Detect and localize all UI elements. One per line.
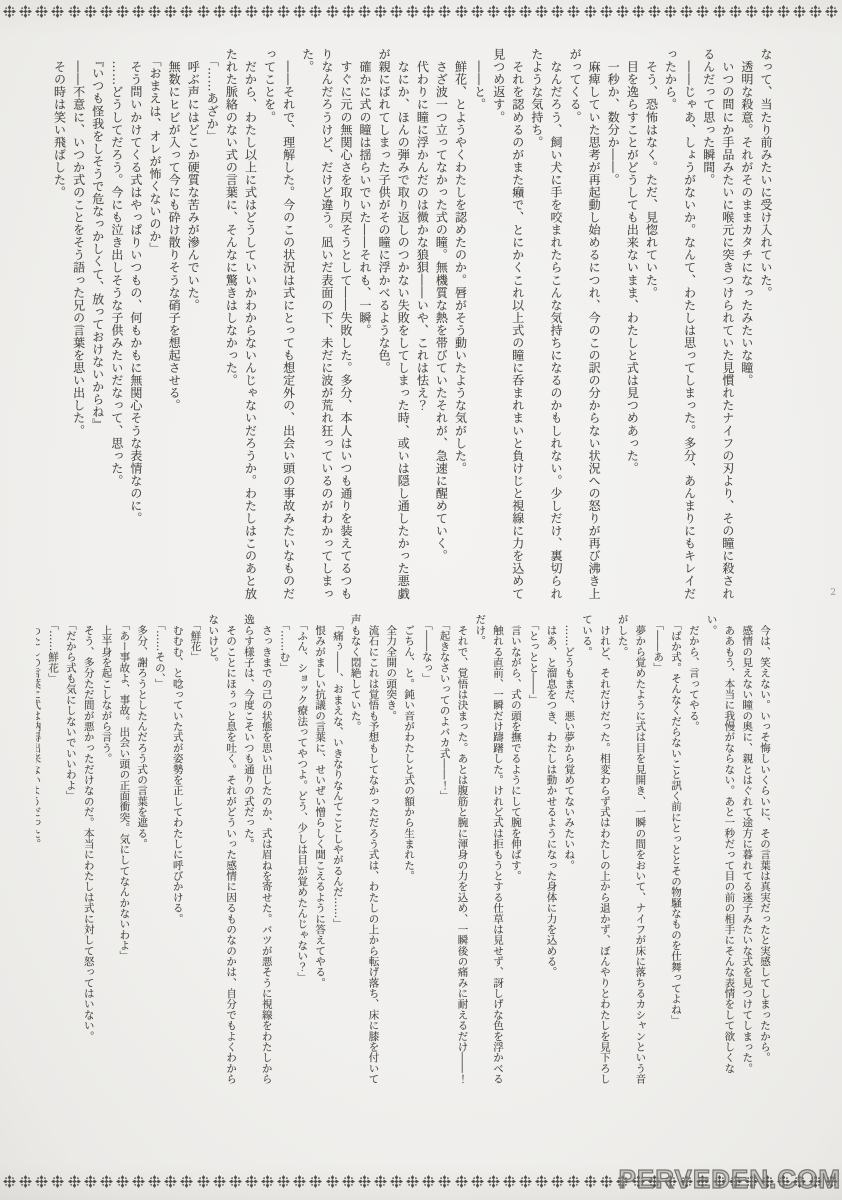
- paragraph-line: 全力全開の頭突き。: [381, 614, 399, 1084]
- paragraph-line: 「おまえは、オレが怖くないのか」: [145, 48, 164, 600]
- paragraph-line: 「……あざか」: [202, 48, 221, 600]
- diamond-cross-ornament-icon: [406, 1175, 419, 1188]
- diamond-cross-ornament-icon: [680, 5, 693, 18]
- paragraph-line: 目を逸らすことがどうしても出来ないまま、わたしと式は見つめあった。: [622, 48, 641, 600]
- diamond-cross-ornament-icon: [503, 5, 516, 18]
- diamond-cross-ornament-icon: [777, 5, 790, 18]
- paragraph-line: 「起きなさいってのよバカ式――！」: [435, 614, 453, 1084]
- paragraph-line: 触れる直前、一瞬だけ躊躇した。けれど式は拒もうとする仕草は見せず、訝しげな色を浮…: [470, 614, 506, 1084]
- paragraph-line: 「だから式も気にしないでいいわよ」: [61, 614, 79, 1084]
- paragraph-line: 無数にヒビが入って今にも砕け散りそうな硝子を想起させる。: [164, 48, 183, 600]
- page-number: 2: [830, 588, 836, 598]
- diamond-cross-ornament-icon: [487, 1175, 500, 1188]
- diamond-cross-ornament-icon: [729, 5, 742, 18]
- diamond-cross-ornament-icon: [632, 5, 645, 18]
- paragraph-line: なんだろう、飼い犬に手を咬まれたらこんな気持ちになるのかもしれない。少しだけ、裏…: [527, 48, 565, 600]
- paragraph-line: 今は、笑えない。いっそ悔しいくらいに、その言葉は真実だったと実感してしまったから…: [755, 614, 773, 1084]
- diamond-cross-ornament-icon: [567, 1175, 580, 1188]
- paragraph-line: なって、当たり前みたいに受け入れていた。: [756, 48, 775, 600]
- diamond-cross-ornament-icon: [197, 1175, 210, 1188]
- diamond-cross-ornament-icon: [358, 1175, 371, 1188]
- diamond-cross-ornament-icon: [326, 5, 339, 18]
- paragraph-line: ああもう、本当に我慢がならない。あと一秒だって目の前の相手にそんな表情をして欲し…: [702, 614, 738, 1084]
- paragraph-line: そう、多分ただ間が悪かっただけなのだ。本当にわたしは式に対して怒ってはいない。: [79, 614, 97, 1084]
- diamond-cross-ornament-icon: [3, 1175, 16, 1188]
- diamond-cross-ornament-icon: [116, 1175, 129, 1188]
- diamond-cross-ornament-icon: [148, 5, 161, 18]
- diamond-cross-ornament-icon: [503, 1175, 516, 1188]
- diamond-cross-ornament-icon: [164, 1175, 177, 1188]
- diamond-cross-ornament-icon: [245, 5, 258, 18]
- paragraph-line: 「――あ」: [648, 614, 666, 1084]
- paragraph-line: なにか、ほんの弾みで取り返しのつかない失敗をしてしまった時、或いは隠し通したかっ…: [374, 48, 412, 600]
- paragraph-line: いつの間にか手品みたいに喉元に突きつけられていた見慣れたナイフの刃より、その瞳に…: [699, 48, 737, 600]
- paragraph-line: だから、わたし以上に式はどうしていいかわからないんじゃないだろうか。わたしはこの…: [221, 48, 259, 600]
- diamond-cross-ornament-icon: [342, 5, 355, 18]
- diamond-cross-ornament-icon: [390, 1175, 403, 1188]
- watermark-text: PERVEDEN.COM: [619, 1164, 841, 1195]
- diamond-cross-ornament-icon: [35, 1175, 48, 1188]
- paragraph-line: 「鮮花」: [186, 614, 204, 1084]
- diamond-cross-ornament-icon: [342, 1175, 355, 1188]
- paragraph-line: ごちん、と。鈍い音がわたしと式の額から生まれた。: [399, 614, 417, 1084]
- paragraph-line: 呼ぶ声にはどこか硬質な苦みが滲んでいた。: [183, 48, 202, 600]
- diamond-cross-ornament-icon: [229, 1175, 242, 1188]
- diamond-cross-ornament-icon: [84, 5, 97, 18]
- diamond-cross-ornament-icon: [245, 1175, 258, 1188]
- paragraph-line: 「……鮮花」: [43, 614, 61, 1084]
- paragraph-line: 言いながら、式の頭を撫でるようにして腕を伸ばす。: [506, 614, 524, 1084]
- paragraph-line: さざ波一つ立ってなかった式の瞳。無機質な熱を帯びていたそれが、急速に醒めていく。: [431, 48, 450, 600]
- diamond-cross-ornament-icon: [406, 5, 419, 18]
- paragraph-line: ――不意に、いつか式のことをそう語った兄の言葉を思い出した。: [69, 48, 88, 600]
- paragraph-line: ――じゃあ、しょうがないか。なんて、わたしは思ってしまった。多分、あんまりにもキ…: [660, 48, 698, 600]
- paragraph-line: 多分、謝ろうとしたんだろう式の言葉を遮る。: [132, 614, 150, 1084]
- paragraph-line: むむむ、と唸っていた式が姿勢を正してわたしに呼びかける。: [168, 614, 186, 1084]
- diamond-cross-ornament-icon: [164, 5, 177, 18]
- paragraph-line: 夢から覚めたように式は目を見開き、一瞬の間をおいて、ナイフが床に落ちるカシャンと…: [613, 614, 649, 1084]
- diamond-cross-ornament-icon: [438, 1175, 451, 1188]
- paragraph-line: 麻痺していた思考が再起動し始めるにつれ、今のこの訳の分からない状況への怒りが再び…: [565, 48, 603, 600]
- diamond-cross-ornament-icon: [584, 1175, 597, 1188]
- paragraph-line: 流石にこれは覚悟も予想もしてなかっただろう式は、わたしの上から転げ落ち、床に膝を…: [346, 614, 382, 1084]
- diamond-cross-ornament-icon: [809, 5, 822, 18]
- diamond-cross-ornament-icon: [3, 5, 16, 18]
- diamond-cross-ornament-icon: [180, 1175, 193, 1188]
- diamond-cross-ornament-icon: [535, 1175, 548, 1188]
- diamond-cross-ornament-icon: [100, 1175, 113, 1188]
- paragraph-line: さっきまでの己の状態を思い出したのか、式は眉ねを寄せた。バツが悪そうに視線をわた…: [239, 614, 275, 1084]
- paragraph-line: 「――なっ」: [417, 614, 435, 1084]
- diamond-cross-ornament-icon: [68, 5, 81, 18]
- diamond-cross-ornament-icon: [390, 5, 403, 18]
- paragraph-line: 代わりに瞳に浮かんだのは微かな狼狽――いや、これは怯え？: [412, 48, 431, 600]
- diamond-cross-ornament-icon: [309, 1175, 322, 1188]
- diamond-cross-ornament-icon: [213, 5, 226, 18]
- diamond-cross-ornament-icon: [374, 5, 387, 18]
- paragraph-line: 「……その、」: [150, 614, 168, 1084]
- diamond-cross-ornament-icon: [664, 5, 677, 18]
- diamond-cross-ornament-icon: [180, 5, 193, 18]
- diamond-cross-ornament-icon: [793, 5, 806, 18]
- diamond-cross-ornament-icon: [535, 5, 548, 18]
- diamond-cross-ornament-icon: [551, 1175, 564, 1188]
- diamond-cross-ornament-icon: [616, 5, 629, 18]
- paragraph-line: 透明な殺意。それがそのままカタチになったみたいな瞳。: [737, 48, 756, 600]
- paragraph-line: ……どうもまだ、悪い夢から覚めてないみたいね。: [559, 614, 577, 1084]
- diamond-cross-ornament-icon: [35, 5, 48, 18]
- diamond-cross-ornament-icon: [277, 1175, 290, 1188]
- paragraph-line: 「あー事故よ、事故。出会い頭の正面衝突。気にしてなんかないわよ」: [115, 614, 133, 1084]
- paragraph-line: 確かに式の瞳は揺らいでいた――それも、一瞬。: [355, 48, 374, 600]
- diamond-cross-ornament-icon: [197, 5, 210, 18]
- diamond-cross-ornament-icon: [19, 5, 32, 18]
- paragraph-line: ――と。: [470, 48, 489, 600]
- paragraph-line: 鮮花、とようやくわたしを認めたのか。唇がそう動いたような気がした。: [450, 48, 469, 600]
- diamond-cross-ornament-icon: [51, 5, 64, 18]
- diamond-cross-ornament-icon: [293, 5, 306, 18]
- paragraph-line: 「ばか式。そんなくだらないこと訊く前にとっととその物騒なものを仕舞ってよね」: [666, 614, 684, 1084]
- paragraph-line: 『いつも怪我をしそうで危なっかしくて、放っておけないからね』: [88, 48, 107, 600]
- paragraph-line: 「痛ぅ――、おまえな、いきなりなんてことしやがるんだ……」: [328, 614, 346, 1084]
- paragraph-line: それで、覚悟は決まった。あとは腹筋と腕に渾身の力を込め、一瞬後の痛みに耐えるだけ…: [453, 614, 471, 1084]
- text-block-top: なって、当たり前みたいに受け入れていた。 透明な殺意。それがそのままカタチになっ…: [40, 48, 775, 600]
- diamond-cross-ornament-icon: [761, 5, 774, 18]
- diamond-cross-ornament-icon: [148, 1175, 161, 1188]
- paragraph-line: わたしの言葉に式は納得出来ないようだった。: [36, 614, 43, 1084]
- paragraph-line: すぐに元の無関心さを取り戻そうとして――失敗した。多分、本人はいつも通りを装えて…: [298, 48, 355, 600]
- diamond-cross-ornament-icon: [68, 1175, 81, 1188]
- diamond-cross-ornament-icon: [519, 1175, 532, 1188]
- diamond-cross-ornament-icon: [374, 1175, 387, 1188]
- diamond-cross-ornament-icon: [600, 5, 613, 18]
- diamond-cross-ornament-icon: [696, 5, 709, 18]
- paragraph-line: 恨みがましい抗議の言葉に、せいぜい憎らしく聞こえるように答えてやる。: [310, 614, 328, 1084]
- diamond-cross-ornament-icon: [422, 5, 435, 18]
- diamond-cross-ornament-icon: [116, 5, 129, 18]
- diamond-cross-ornament-icon: [745, 5, 758, 18]
- diamond-cross-ornament-icon: [567, 5, 580, 18]
- diamond-cross-ornament-icon: [455, 5, 468, 18]
- diamond-cross-ornament-icon: [487, 5, 500, 18]
- paragraph-line: 感情の見えない瞳の奥に、親とはぐれて途方に暮れてる迷子みたいな式を見つけてしまっ…: [737, 614, 755, 1084]
- diamond-cross-ornament-icon: [213, 1175, 226, 1188]
- paragraph-line: それを認めるのがまた癪で、とにかくこれ以上式の瞳に呑まれまいと負けじと視線に力を…: [489, 48, 527, 600]
- diamond-cross-ornament-icon: [132, 1175, 145, 1188]
- paragraph-line: 上半身を起こしながら言う。: [97, 614, 115, 1084]
- paragraph-line: 「……む」: [275, 614, 293, 1084]
- diamond-cross-ornament-icon: [584, 5, 597, 18]
- paragraph-line: けれど、それだけだった。相変わらず式はわたしの上から退かず、ぼんやりとわたしを見…: [577, 614, 613, 1084]
- ornament-border-top: [3, 3, 839, 20]
- diamond-cross-ornament-icon: [551, 5, 564, 18]
- paragraph-line: ……どうしてだろう。今にも泣き出しそうな子供みたいだなって、思った。: [107, 48, 126, 600]
- diamond-cross-ornament-icon: [84, 1175, 97, 1188]
- diamond-cross-ornament-icon: [326, 1175, 339, 1188]
- diamond-cross-ornament-icon: [261, 5, 274, 18]
- paragraph-line: 「ふん、ショック療法ってやつよ。どう、少しは目が覚めたんじゃない？」: [292, 614, 310, 1084]
- scanned-novel-page: なって、当たり前みたいに受け入れていた。 透明な殺意。それがそのままカタチになっ…: [0, 0, 842, 1200]
- diamond-cross-ornament-icon: [132, 5, 145, 18]
- paragraph-line: ――それで、理解した。今のこの状況は式にとっても想定外の、出会い頭の事故みたいな…: [259, 48, 297, 600]
- diamond-cross-ornament-icon: [600, 1175, 613, 1188]
- text-block-bottom: 今は、笑えない。いっそ悔しいくらいに、その言葉は真実だったと実感してしまったから…: [36, 614, 773, 1084]
- diamond-cross-ornament-icon: [261, 1175, 274, 1188]
- diamond-cross-ornament-icon: [825, 5, 838, 18]
- diamond-cross-ornament-icon: [358, 5, 371, 18]
- paragraph-line: そのことにほぅっと息を吐く。それがどういった感情に因るものなのかは、自分でもよく…: [204, 614, 240, 1084]
- diamond-cross-ornament-icon: [471, 5, 484, 18]
- diamond-cross-ornament-icon: [519, 5, 532, 18]
- diamond-cross-ornament-icon: [100, 5, 113, 18]
- diamond-cross-ornament-icon: [19, 1175, 32, 1188]
- paragraph-line: 「とっとと――」: [524, 614, 542, 1084]
- paragraph-line: そう、恐怖はなく。ただ、見惚れていた。: [641, 48, 660, 600]
- diamond-cross-ornament-icon: [648, 5, 661, 18]
- diamond-cross-ornament-icon: [713, 5, 726, 18]
- diamond-cross-ornament-icon: [422, 1175, 435, 1188]
- diamond-cross-ornament-icon: [309, 5, 322, 18]
- diamond-cross-ornament-icon: [229, 5, 242, 18]
- diamond-cross-ornament-icon: [277, 5, 290, 18]
- diamond-cross-ornament-icon: [471, 1175, 484, 1188]
- paragraph-line: だから、言ってやる。: [684, 614, 702, 1084]
- paragraph-line: はあ、と溜息をつき、わたしは動かせるようになった身体に力を込める。: [542, 614, 560, 1084]
- diamond-cross-ornament-icon: [438, 5, 451, 18]
- diamond-cross-ornament-icon: [51, 1175, 64, 1188]
- paragraph-line: そう問いかけてくる式はやっぱりいつもの、何もかもに無関心そうな表情なのに。: [126, 48, 145, 600]
- diamond-cross-ornament-icon: [293, 1175, 306, 1188]
- diamond-cross-ornament-icon: [455, 1175, 468, 1188]
- paragraph-line: 一秒か、数分か――。: [603, 48, 622, 600]
- paragraph-line: その時は笑い飛ばした。: [49, 48, 68, 600]
